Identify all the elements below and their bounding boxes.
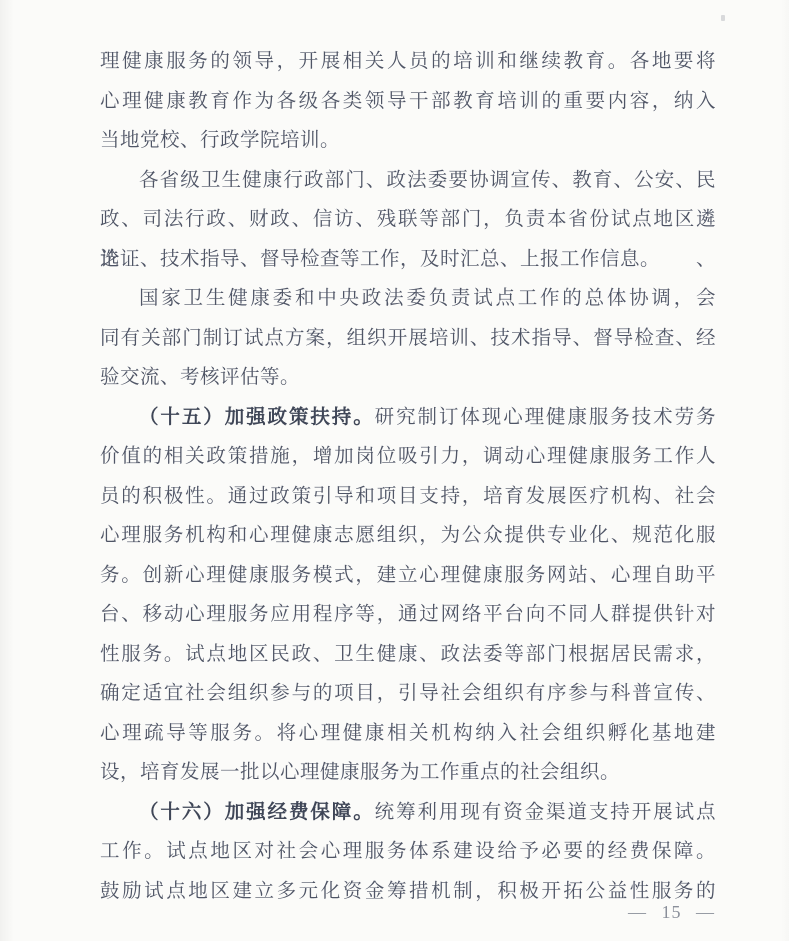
document-body: 理健康服务的领导，开展相关人员的培训和继续教育。各地要将心理健康教育作为各级各类… <box>100 42 716 911</box>
text-line: 台、移动心理服务应用程序等，通过网络平台向不同人群提供针对 <box>100 595 716 635</box>
text-line: 务。创新心理健康服务模式，建立心理健康服务网站、心理自助平 <box>100 556 716 596</box>
scan-speck <box>721 15 725 21</box>
text-line: 心理健康教育作为各级各类领导干部教育培训的重要内容，纳入 <box>100 82 716 122</box>
text-line: 各省级卫生健康行政部门、政法委要协调宣传、教育、公安、民 <box>100 161 716 201</box>
document-page: 理健康服务的领导，开展相关人员的培训和继续教育。各地要将心理健康教育作为各级各类… <box>0 0 789 941</box>
text-line: 工作。试点地区对社会心理服务体系建设给予必要的经费保障。 <box>100 832 716 872</box>
text-line: 鼓励试点地区建立多元化资金筹措机制，积极开拓公益性服务的 <box>100 872 716 912</box>
text-line: （十五）加强政策扶持。研究制订体现心理健康服务技术劳务 <box>100 398 716 438</box>
section-heading: （十五）加强政策扶持。 <box>139 407 375 428</box>
section-heading: （十六）加强经费保障。 <box>139 802 375 823</box>
text-line: 论证、技术指导、督导检查等工作，及时汇总、上报工作信息。 <box>100 240 716 280</box>
text-line: 同有关部门制订试点方案，组织开展培训、技术指导、督导检查、经 <box>100 319 716 359</box>
text-line: 验交流、考核评估等。 <box>100 358 716 398</box>
text-line: 价值的相关政策措施，增加岗位吸引力，调动心理健康服务工作人 <box>100 437 716 477</box>
text-line: 员的积极性。通过政策引导和项目支持，培育发展医疗机构、社会 <box>100 477 716 517</box>
page-number: — 15 — <box>628 901 715 923</box>
text-line: 设，培育发展一批以心理健康服务为工作重点的社会组织。 <box>100 753 716 793</box>
text-line: 理健康服务的领导，开展相关人员的培训和继续教育。各地要将 <box>100 42 716 82</box>
text-line: 确定适宜社会组织参与的项目，引导社会组织有序参与科普宣传、 <box>100 674 716 714</box>
text-line: 心理服务机构和心理健康志愿组织，为公众提供专业化、规范化服 <box>100 516 716 556</box>
text-line: 当地党校、行政学院培训。 <box>100 121 716 161</box>
text-line: （十六）加强经费保障。统筹利用现有资金渠道支持开展试点 <box>100 793 716 833</box>
text-line: 政、司法行政、财政、信访、残联等部门，负责本省份试点地区遴选、 <box>100 200 716 240</box>
text-line: 性服务。试点地区民政、卫生健康、政法委等部门根据居民需求， <box>100 635 716 675</box>
text-line: 心理疏导等服务。将心理健康相关机构纳入社会组织孵化基地建 <box>100 714 716 754</box>
text-line: 国家卫生健康委和中央政法委负责试点工作的总体协调，会 <box>100 279 716 319</box>
